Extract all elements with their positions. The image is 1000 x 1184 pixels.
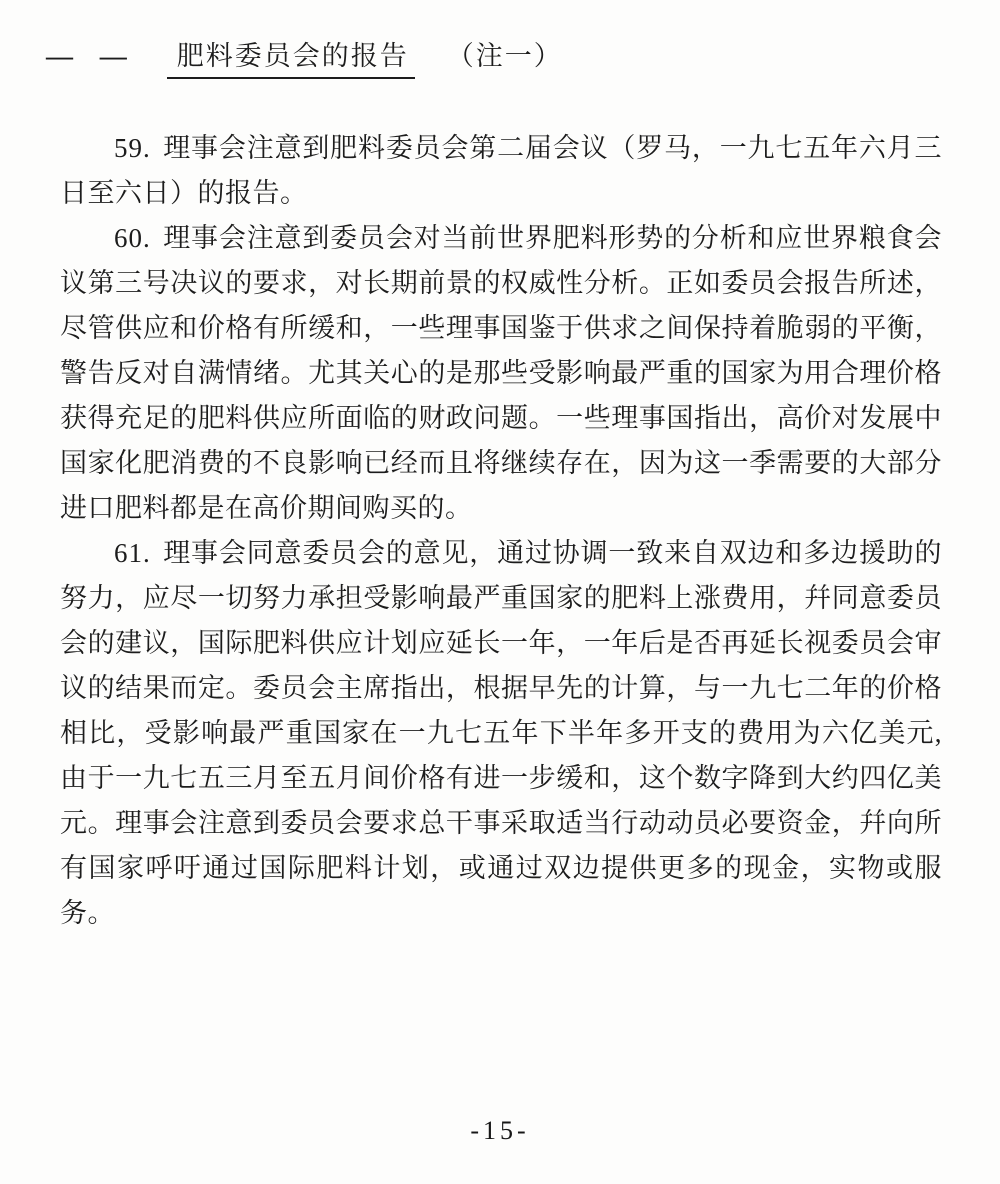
- report-title: 肥料委员会的报告: [167, 34, 415, 79]
- paragraph-number: 61.: [114, 538, 151, 568]
- paragraph-59: 59.理事会注意到肥料委员会第二届会议（罗马，一九七五年六月三日至六日）的报告。: [60, 126, 942, 216]
- page-number: -15-: [0, 1116, 1000, 1146]
- paragraph-number: 60.: [114, 223, 151, 253]
- note-reference: （注一）: [447, 34, 563, 73]
- document-page: — — 肥料委员会的报告 （注一） 59.理事会注意到肥料委员会第二届会议（罗马…: [0, 0, 1000, 1184]
- document-body: 59.理事会注意到肥料委员会第二届会议（罗马，一九七五年六月三日至六日）的报告。…: [60, 126, 942, 936]
- paragraph-61: 61.理事会同意委员会的意见，通过协调一致来自双边和多边援助的努力，应尽一切努力…: [60, 531, 942, 936]
- paragraph-text: 理事会同意委员会的意见，通过协调一致来自双边和多边援助的努力，应尽一切努力承担受…: [60, 538, 942, 928]
- list-dash-marker: — —: [46, 41, 137, 72]
- paragraph-text: 理事会注意到肥料委员会第二届会议（罗马，一九七五年六月三日至六日）的报告。: [60, 133, 942, 208]
- paragraph-60: 60.理事会注意到委员会对当前世界肥料形势的分析和应世界粮食会议第三号决议的要求…: [60, 216, 942, 531]
- document-header: — — 肥料委员会的报告 （注一）: [46, 34, 563, 79]
- paragraph-text: 理事会注意到委员会对当前世界肥料形势的分析和应世界粮食会议第三号决议的要求，对长…: [60, 223, 942, 523]
- paragraph-number: 59.: [114, 133, 151, 163]
